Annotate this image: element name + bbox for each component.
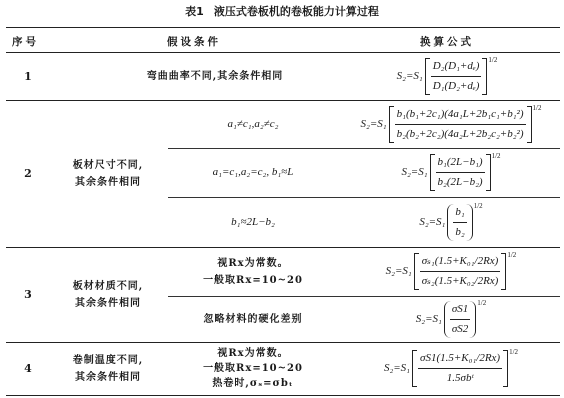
formula: S₂=S₁ σS1(1.5+K₀₁/2Rx) 1.5σbᵗ 1/2 xyxy=(384,350,518,387)
header-condition: 假设条件 xyxy=(167,34,221,49)
square-bracket: D₂(D₁+dₑ) D₁(D₂+dₑ) xyxy=(425,58,488,95)
row-index: 2 xyxy=(6,100,50,247)
formula: S₂=S₁ b₁(b₁+2c₁)(4a₁L+2b₁c₁+b₁²) b₂(b₂+2… xyxy=(361,106,542,143)
formula: S₂=S₁ D₂(D₁+dₑ) D₁(D₂+dₑ) 1/2 xyxy=(397,58,498,95)
subrow-condition: 视Rx为常数。 一般取Rx=10~20 热卷时,σₛ=σbₜ xyxy=(168,342,338,395)
bottom-rule xyxy=(6,395,560,396)
subrow-formula: S₂=S₁ b₁(b₁+2c₁)(4a₁L+2b₁c₁+b₁²) b₂(b₂+2… xyxy=(338,100,564,148)
subrow-formula: S₂=S₁ σₛ₁(1.5+K₀₁/2Rx) σₛ₂(1.5+K₀₂/2Rx) … xyxy=(338,247,564,296)
subrow-formula: S₂=S₁ b₁(2L−b₁) b₂(2L−b₂) 1/2 xyxy=(338,148,564,197)
subrow-formula: S₂=S₁ σS1 σS2 1/2 xyxy=(338,296,564,342)
subrow-condition: 视Rx为常数。 一般取Rx=10~20 xyxy=(168,247,338,296)
row-index: 3 xyxy=(6,247,50,342)
formula: S₂=S₁ σS1 σS2 1/2 xyxy=(416,301,486,338)
table-number: 表1 xyxy=(185,5,204,18)
top-rule xyxy=(6,27,560,28)
row-group-condition: 板材材质不同, 其余条件相同 xyxy=(58,247,158,342)
subrow-condition: 忽略材料的硬化差别 xyxy=(168,296,338,342)
subrow-formula: S₂=S₁ σS1(1.5+K₀₁/2Rx) 1.5σbᵗ 1/2 xyxy=(338,342,564,395)
formula: S₂=S₁ b₁(2L−b₁) b₂(2L−b₂) 1/2 xyxy=(401,154,500,191)
subrow-condition: b₁≈2L−b₂ xyxy=(168,197,338,247)
header-formula: 换算公式 xyxy=(420,34,474,49)
row-condition: 弯曲曲率不同,其余条件相同 xyxy=(100,52,330,100)
formula: S₂=S₁ σₛ₁(1.5+K₀₁/2Rx) σₛ₂(1.5+K₀₂/2Rx) … xyxy=(386,253,517,290)
fraction: D₂(D₁+dₑ) D₁(D₂+dₑ) xyxy=(431,58,482,95)
row-group-condition: 板材尺寸不同, 其余条件相同 xyxy=(58,100,158,247)
subrow-formula: S₂=S₁ b₁ b₂ 1/2 xyxy=(338,197,564,247)
row-index: 4 xyxy=(6,342,50,395)
table-title: 液压式卷板机的卷板能力计算过程 xyxy=(214,5,379,18)
row-index: 1 xyxy=(6,52,50,100)
table-caption: 表1液压式卷板机的卷板能力计算过程 xyxy=(0,3,564,19)
row-formula: S₂=S₁ D₂(D₁+dₑ) D₁(D₂+dₑ) 1/2 xyxy=(330,52,564,100)
row-group-condition: 卷制温度不同, 其余条件相同 xyxy=(58,342,158,395)
header-index: 序号 xyxy=(12,34,39,49)
subrow-condition: a₁=c₁,a₂=c₂, b₁≈L xyxy=(168,148,338,197)
formula: S₂=S₁ b₁ b₂ 1/2 xyxy=(419,204,482,241)
subrow-condition: a₁≠c₁,a₂≠c₂ xyxy=(168,100,338,148)
